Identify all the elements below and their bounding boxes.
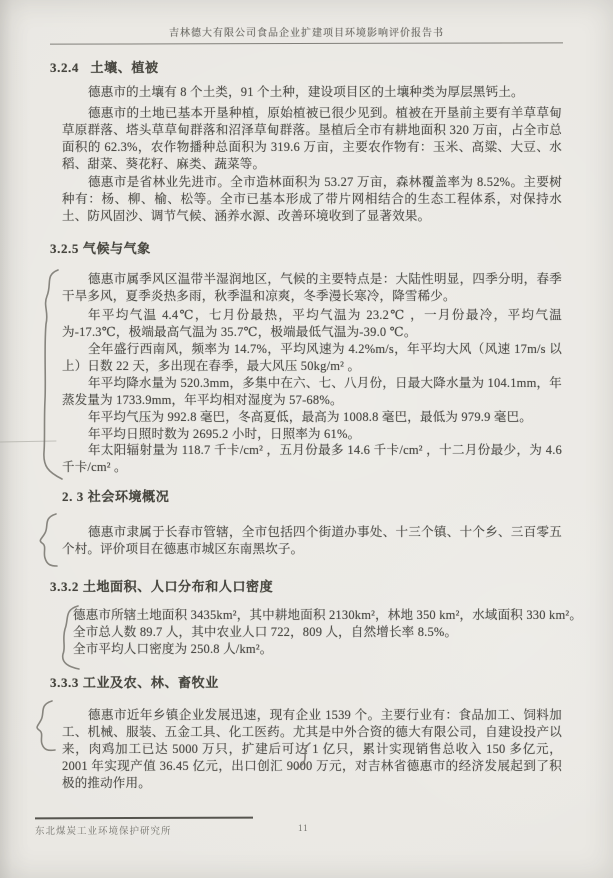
paragraph-soil-3: 德惠市是省林业先进市。全市造林面积为 53.27 万亩，森林覆盖率为 8.52%…	[62, 174, 562, 225]
paragraph-climate-7: 年太阳辐射量为 118.7 千卡/cm² ，五月份最多 14.6 千卡/cm² …	[62, 442, 562, 476]
paragraph-soil-2: 德惠市的土地已基本开垦种植，原始植被已很少见到。植被在开垦前主要有羊草草甸草原群…	[62, 105, 562, 173]
margin-brace-climate-icon	[44, 270, 62, 479]
paragraph-climate-6: 年平均日照时数为 2695.2 小时，日照率为 61%。	[62, 426, 562, 443]
report-header-title: 吉林德大有限公司食品企业扩建项目环境影响评价报告书	[0, 24, 613, 39]
section-heading-social: 2. 3 社会环境概况	[62, 486, 169, 505]
paragraph-climate-4: 年平均降水量为 520.3mm，多集中在六、七、八月份，日最大降水量为 104.…	[62, 375, 562, 409]
section-heading-soil: 3.2.4 土壤、植被	[50, 57, 159, 76]
paragraph-climate-1: 德惠市属季风区温带半湿润地区，气候的主要特点是：大陆性明显，四季分明，春季干旱多…	[62, 271, 562, 305]
margin-brace-industry-icon	[37, 701, 55, 750]
section-heading-climate: 3.2.5 气候与气象	[50, 238, 151, 257]
scanned-report-page: 吉林德大有限公司食品企业扩建项目环境影响评价报告书 3.2.4 土壤、植被 德惠…	[0, 0, 613, 878]
paragraph-industry-1: 德惠市近年乡镇企业发展迅速，现有企业 1539 个。主要行业有：食品加工、饲料加…	[62, 707, 562, 792]
footer-rule	[35, 817, 253, 820]
paragraph-land-line1: 德惠市所辖土地面积 3435km²，其中耕地面积 2130km²，林地 350 …	[73, 607, 568, 624]
crease-line	[0, 441, 56, 442]
header-rule	[50, 42, 563, 44]
paragraph-climate-5: 年平均气压为 992.8 毫巴，冬高夏低，最高为 1008.8 毫巴，最低为 9…	[62, 409, 562, 426]
page-number: 11	[298, 823, 309, 833]
section-heading-industry: 3.3.3 工业及农、林、畜牧业	[50, 672, 219, 691]
section-heading-land: 3.3.2 土地面积、人口分布和人口密度	[50, 576, 273, 595]
paragraph-climate-3: 全年盛行西南风，频率为 14.7%，平均风速为 4.2%m/s，年平均大风（风速…	[62, 341, 562, 375]
paragraph-land-line3: 全市平均人口密度为 250.8 人/km²。	[73, 641, 568, 658]
paragraph-land-line2: 全市总人数 89.7 人，其中农业人口 722，809 人，自然增长率 8.5%…	[73, 624, 568, 641]
margin-brace-social-icon	[40, 514, 57, 566]
paragraph-soil-1: 德惠市的土壤有 8 个土类，91 个土种，建设项目区的土壤种类为厚层黑钙土。	[62, 84, 562, 101]
paragraph-social-1: 德惠市隶属于长春市管辖，全市包括四个街道办事处、十三个镇、十个乡、三百零五个村。…	[62, 524, 562, 558]
footer-organization: 东北煤炭工业环境保护研究所	[35, 823, 172, 837]
paragraph-climate-2: 年平均气温 4.4℃，七月份最热，平均气温为 23.2℃ ，一月份最冷，平均气温…	[62, 307, 562, 341]
